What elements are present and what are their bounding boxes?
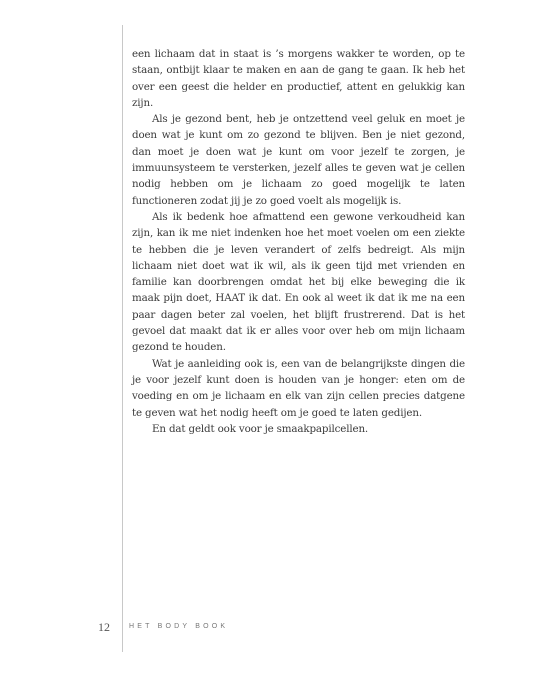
running-head: HET BODY BOOK: [129, 623, 228, 630]
paragraph-1: een lichaam dat in staat is ’s morgens w…: [132, 46, 465, 111]
paragraph-5: En dat geldt ook voor je smaakpapilcelle…: [132, 421, 465, 437]
paragraph-3: Als ik bedenk hoe afmattend een gewone v…: [132, 209, 465, 356]
margin-rule: [122, 25, 123, 652]
paragraph-2: Als je gezond bent, heb je ontzettend ve…: [132, 111, 465, 209]
body-text: een lichaam dat in staat is ’s morgens w…: [132, 46, 465, 437]
paragraph-4: Wat je aanleiding ook is, een van de bel…: [132, 356, 465, 421]
page-number: 12: [98, 620, 110, 635]
